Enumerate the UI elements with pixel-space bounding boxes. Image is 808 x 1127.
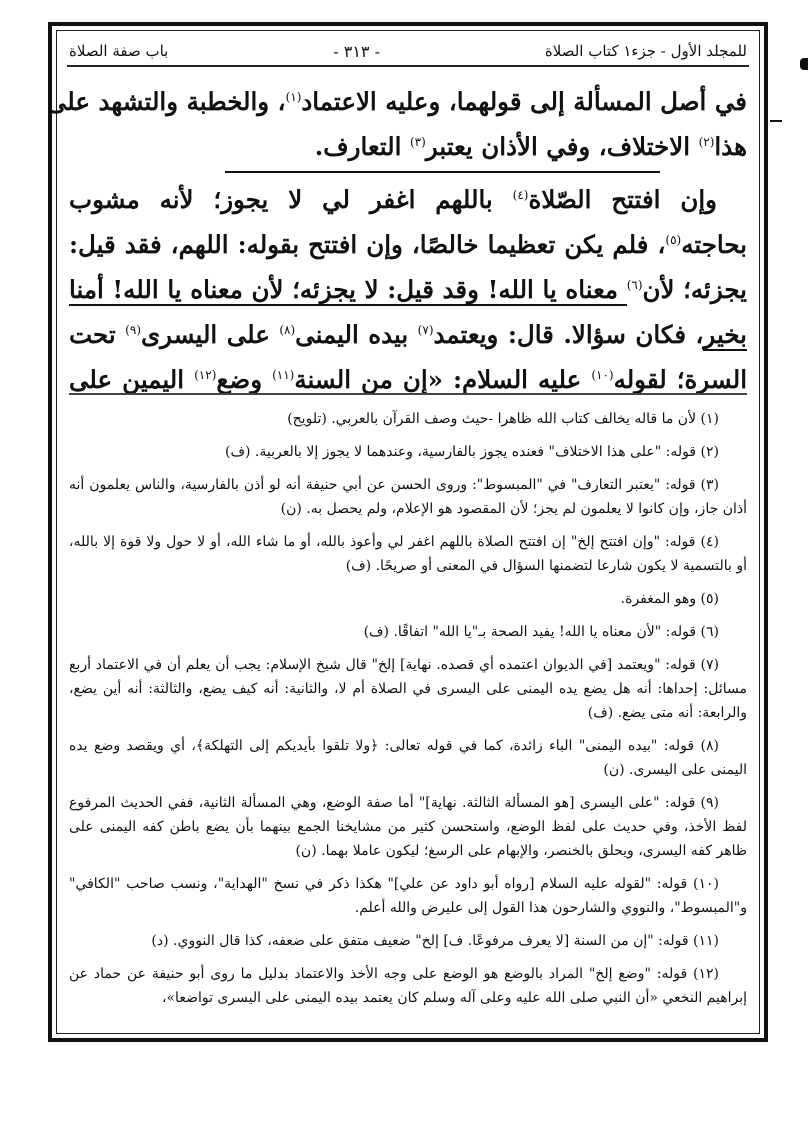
- main-line-6: بخير، فكان سؤالا. قال: ويعتمد(٧) بيده ال…: [69, 312, 747, 357]
- footnote-ref-9[interactable]: (٩): [125, 323, 141, 337]
- footnote-ref-12[interactable]: (١٢): [194, 368, 216, 382]
- running-header: للمجلد الأول - جزء١ كتاب الصلاة - ٣١٣ - …: [67, 37, 749, 67]
- footnote-ref-10[interactable]: (١٠): [591, 368, 613, 382]
- page-frame-inner: للمجلد الأول - جزء١ كتاب الصلاة - ٣١٣ - …: [56, 30, 760, 1034]
- footnote-ref-8[interactable]: (٨): [279, 323, 295, 337]
- footnote-ref-3[interactable]: (٣): [410, 135, 426, 149]
- main-line-7: السرة؛ لقوله(١٠) عليه السلام: «إن من الس…: [69, 357, 747, 402]
- footnote-10: (١٠) قوله: "لقوله عليه السلام [رواه أبو …: [69, 872, 747, 920]
- footnote-3: (٣) قوله: "يعتبر التعارف" في "المبسوط": …: [69, 473, 747, 521]
- footnote-ref-5[interactable]: (٥): [665, 233, 681, 247]
- main-line-4: بحاجته(٥)، فلم يكن تعظيما خالصًا، وإن اف…: [69, 222, 747, 267]
- footnotes: (١) لأن ما قاله يخالف كتاب الله ظاهرا -ح…: [69, 407, 747, 1019]
- scan-margin-mark: [770, 120, 782, 122]
- page-frame: للمجلد الأول - جزء١ كتاب الصلاة - ٣١٣ - …: [48, 22, 768, 1042]
- main-line-2: هذا(٢) الاختلاف، وفي الأذان يعتبر(٣) الت…: [69, 124, 747, 169]
- footnote-ref-11[interactable]: (١١): [272, 368, 294, 382]
- main-text: في أصل المسألة إلى قولهما، وعليه الاعتما…: [69, 79, 747, 402]
- footnote-2: (٢) قوله: "على هذا الاختلاف" فعنده يجوز …: [69, 440, 747, 464]
- main-line-3: وإن افتتح الصّلاة(٤) باللهم اغفر لي لا ي…: [69, 177, 747, 222]
- scan-margin-mark: [800, 58, 808, 70]
- underlined-phrase: معناه يا الله! وقد قيل: لا يجزئه؛ لأن مع…: [69, 275, 627, 306]
- footnote-ref-7[interactable]: (٧): [418, 323, 434, 337]
- footnote-5: (٥) وهو المغفرة.: [69, 587, 747, 611]
- header-section-title: باب صفة الصلاة: [69, 42, 168, 60]
- header-volume-chapter: للمجلد الأول - جزء١ كتاب الصلاة: [545, 42, 747, 60]
- underlined-word: بخير: [703, 320, 747, 351]
- footnote-ref-1[interactable]: (١): [286, 90, 302, 104]
- footnote-1: (١) لأن ما قاله يخالف كتاب الله ظاهرا -ح…: [69, 407, 747, 431]
- footnote-8: (٨) قوله: "بيده اليمنى" الباء زائدة، كما…: [69, 734, 747, 782]
- footnote-separator: [69, 393, 747, 395]
- footnote-6: (٦) قوله: "لأن معناه يا الله! يفيد الصحة…: [69, 620, 747, 644]
- footnote-7: (٧) قوله: "ويعتمد [في الديوان اعتمده أي …: [69, 653, 747, 725]
- footnote-9: (٩) قوله: "على اليسرى [هو المسألة الثالث…: [69, 791, 747, 863]
- footnote-4: (٤) قوله: "وإن افتتح إلخ" إن افتتح الصلا…: [69, 530, 747, 578]
- footnote-ref-4[interactable]: (٤): [513, 188, 529, 202]
- footnote-ref-2[interactable]: (٢): [699, 135, 715, 149]
- paragraph-separator: [225, 171, 660, 173]
- footnote-ref-6[interactable]: (٦): [627, 278, 643, 292]
- footnote-11: (١١) قوله: "إن من السنة [لا يعرف مرفوعًا…: [69, 929, 747, 953]
- main-line-1: في أصل المسألة إلى قولهما، وعليه الاعتما…: [69, 79, 747, 124]
- main-line-5: يجزئه؛ لأن(٦) معناه يا الله! وقد قيل: لا…: [69, 267, 747, 312]
- footnote-12: (١٢) قوله: "وضع إلخ" المراد بالوضع هو ال…: [69, 962, 747, 1010]
- page-number: - ٣١٣ -: [333, 42, 380, 61]
